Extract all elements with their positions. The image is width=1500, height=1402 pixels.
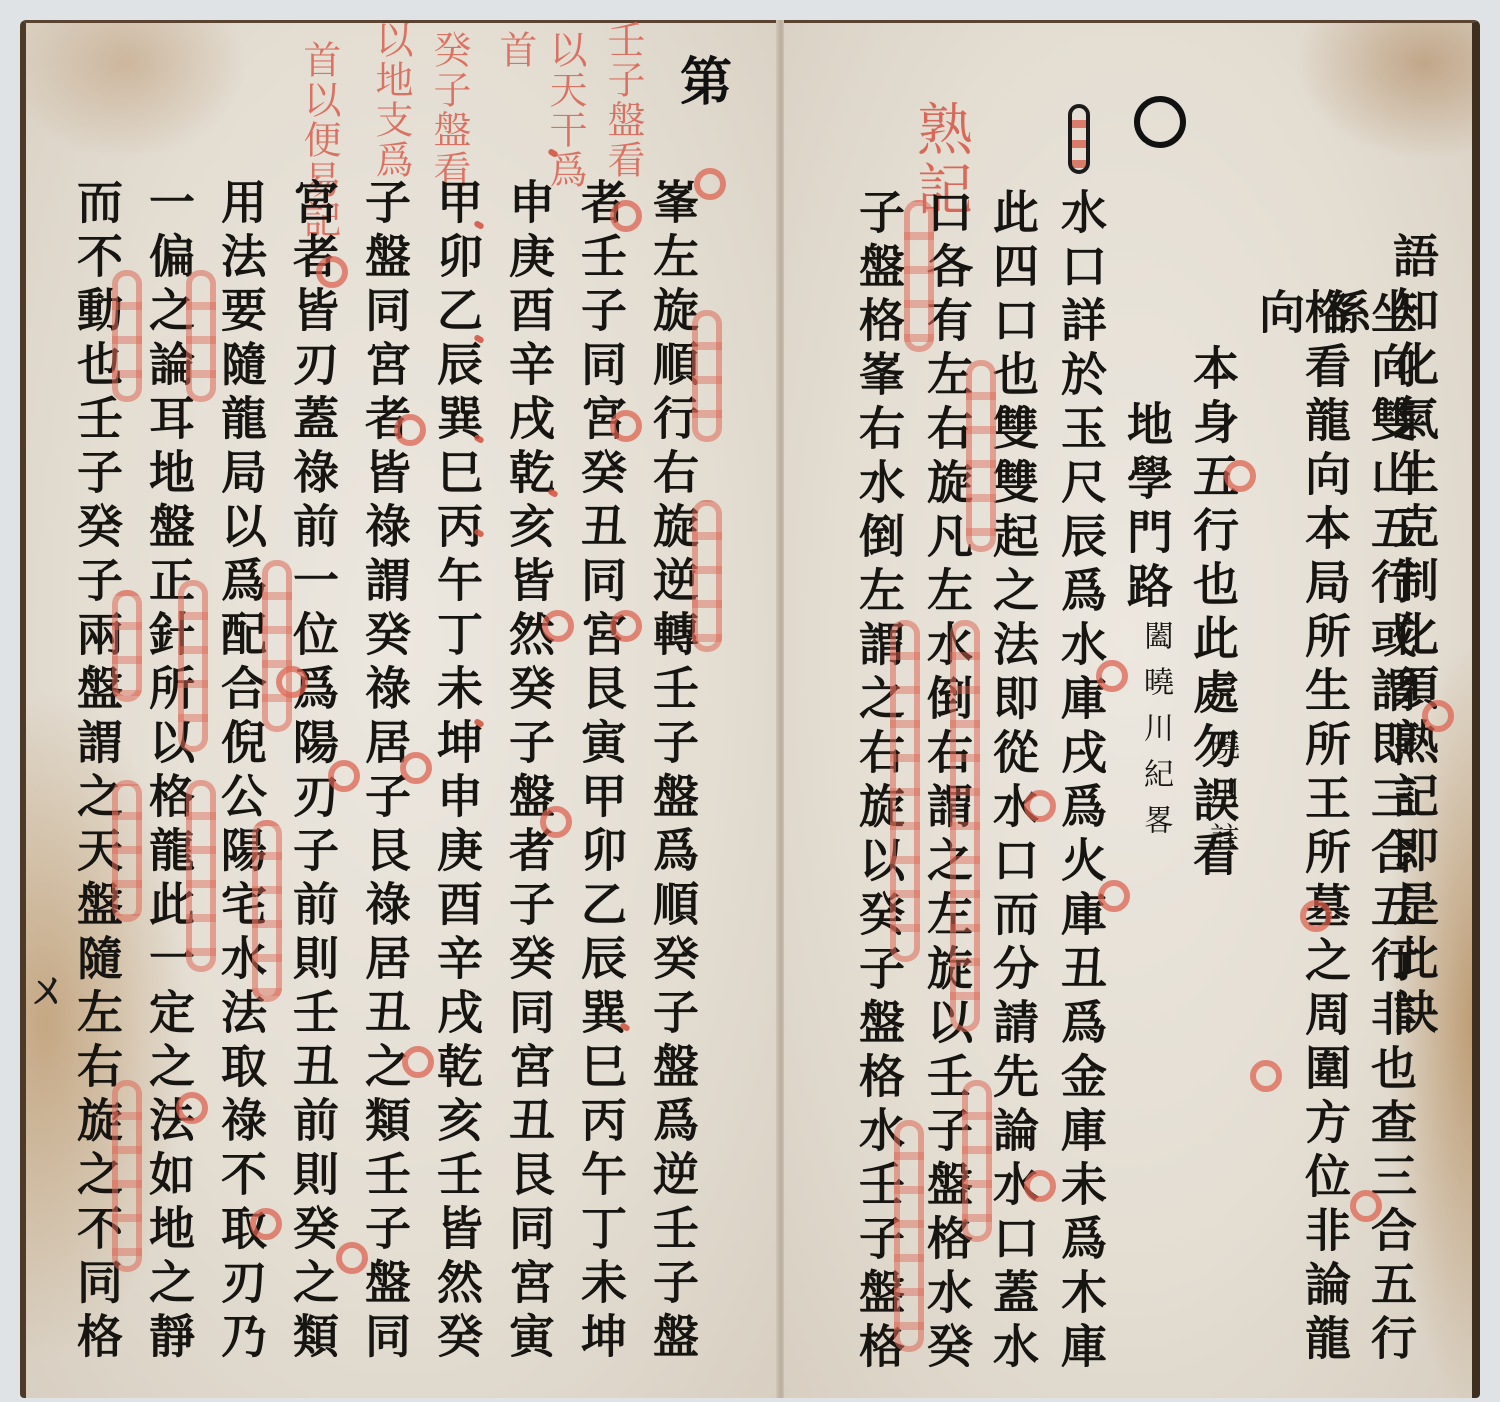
red-chain-punctuation-icon bbox=[692, 310, 722, 442]
red-circle-punctuation-icon bbox=[336, 1242, 368, 1274]
left-column-3: 申庚酉辛戌乾亥皆然癸子盤者子癸同宮丑艮同宮寅 bbox=[506, 178, 552, 1366]
red-circle-punctuation-icon bbox=[610, 200, 642, 232]
red-circle-punctuation-icon bbox=[694, 168, 726, 200]
red-annotation-2: 以天干爲 bbox=[546, 30, 584, 190]
right-column-6: 水口詳於玉尺辰爲水庫戌爲火庫丑爲金庫未爲木庫 bbox=[1058, 188, 1104, 1376]
red-chain-punctuation-icon bbox=[112, 590, 142, 702]
red-circle-punctuation-icon bbox=[610, 410, 642, 442]
right-small-note-1: 闔曉川紀畧 bbox=[1140, 620, 1170, 850]
margin-cross-mark: ㄨ bbox=[28, 958, 68, 1015]
red-circle-punctuation-icon bbox=[610, 610, 642, 642]
right-column-5: 地學門路 bbox=[1124, 400, 1170, 616]
red-chain-punctuation-icon bbox=[112, 780, 142, 922]
red-chain-punctuation-icon bbox=[890, 620, 920, 962]
red-annotation-3: 首 bbox=[496, 30, 534, 70]
red-chain-punctuation-icon bbox=[692, 500, 722, 652]
red-circle-punctuation-icon bbox=[542, 610, 574, 642]
red-circle-punctuation-icon bbox=[402, 1046, 434, 1078]
red-circle-punctuation-icon bbox=[394, 414, 426, 446]
red-circle-punctuation-icon bbox=[1098, 880, 1130, 912]
red-chain-punctuation-icon bbox=[112, 1080, 142, 1272]
red-chain-punctuation-icon bbox=[262, 560, 292, 732]
red-circle-punctuation-icon bbox=[316, 256, 348, 288]
red-chain-punctuation-icon bbox=[186, 780, 216, 972]
right-small-note-2: 曉川註 bbox=[1206, 730, 1236, 868]
open-book: 熟記 語知化氣生克制化須熟記即是此訣 坐向雙山五行或謂即三合五行非也查三合五行係… bbox=[0, 0, 1500, 1402]
red-chain-punctuation-icon bbox=[962, 1080, 992, 1242]
red-circle-punctuation-icon bbox=[328, 760, 360, 792]
red-circle-punctuation-icon bbox=[1224, 460, 1256, 492]
red-annotation-5: 以地支爲 bbox=[372, 20, 410, 180]
red-circle-punctuation-icon bbox=[1350, 1190, 1382, 1222]
page-section-mark: 第 bbox=[680, 40, 732, 115]
black-circle-mark-icon bbox=[1134, 96, 1186, 148]
red-annotation-1: 壬子盤看 bbox=[604, 20, 642, 180]
red-circle-punctuation-icon bbox=[1024, 1170, 1056, 1202]
red-annotation-4: 癸子盤看 bbox=[430, 30, 468, 190]
black-chain-mark-icon bbox=[1068, 104, 1090, 174]
red-chain-punctuation-icon bbox=[252, 820, 282, 1002]
red-circle-punctuation-icon bbox=[1096, 660, 1128, 692]
left-column-4: 甲卯乙辰巽巳丙午丁未坤申庚酉辛戌乾亥壬皆然癸 bbox=[434, 178, 480, 1366]
red-chain-punctuation-icon bbox=[950, 620, 980, 1032]
red-circle-punctuation-icon bbox=[1300, 900, 1332, 932]
left-column-7: 用法要隨龍局以爲配合倪公陽宅水法取祿不取刃乃 bbox=[218, 178, 264, 1366]
red-circle-punctuation-icon bbox=[540, 806, 572, 838]
red-chain-punctuation-icon bbox=[904, 200, 934, 352]
red-circle-punctuation-icon bbox=[1250, 1060, 1282, 1092]
right-column-3: 格看龍向本局所生所王所墓之周圍方位非論龍向 bbox=[1256, 288, 1348, 1402]
red-chain-punctuation-icon bbox=[186, 270, 216, 402]
left-column-1: 峯左旋順行右旋逆轉壬子盤爲順癸子盤爲逆壬子盤 bbox=[650, 178, 696, 1366]
red-chain-punctuation-icon bbox=[178, 580, 208, 752]
red-circle-punctuation-icon bbox=[400, 752, 432, 784]
red-circle-punctuation-icon bbox=[250, 1208, 282, 1240]
red-circle-punctuation-icon bbox=[1422, 700, 1454, 732]
red-chain-punctuation-icon bbox=[966, 360, 996, 552]
red-circle-punctuation-icon bbox=[1024, 790, 1056, 822]
red-circle-punctuation-icon bbox=[176, 1092, 208, 1124]
left-column-2: 者壬子同宮癸丑同宮艮寅甲卯乙辰巽巳丙午丁未坤 bbox=[578, 178, 624, 1366]
red-chain-punctuation-icon bbox=[112, 270, 142, 402]
red-chain-punctuation-icon bbox=[894, 1120, 924, 1352]
